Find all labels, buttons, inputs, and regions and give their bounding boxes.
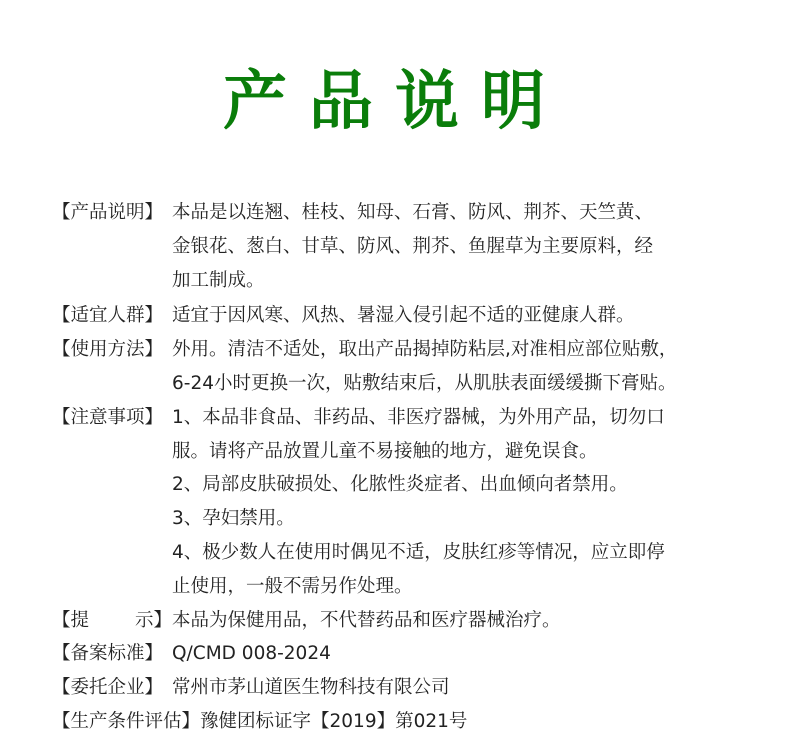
section-value: 本品是以连翘、桂枝、知母、石膏、防风、荆芥、天竺黄、 金银花、葱白、甘草、防风、… (172, 196, 772, 297)
section-label: 【委托企业】 (52, 671, 172, 705)
section-value: 适宜于因风寒、风热、暑湿入侵引起不适的亚健康人群。 (172, 299, 772, 333)
section-suitable-people: 【适宜人群】 适宜于因风寒、风热、暑湿入侵引起不适的亚健康人群。 (52, 299, 772, 333)
section-entrusted-company: 【委托企业】 常州市茅山道医生物科技有限公司 (52, 671, 772, 705)
section-value: 外用。清洁不适处，取出产品揭掉防粘层,对准相应部位贴敷， 6-24小时更换一次，… (172, 333, 772, 401)
text-line: 适宜于因风寒、风热、暑湿入侵引起不适的亚健康人群。 (172, 299, 772, 333)
label-part: 示】 (135, 604, 172, 638)
section-value: 常州市茅山道医生物科技有限公司 (172, 671, 772, 705)
section-value: 1、本品非食品、非药品、非医疗器械，为外用产品，切勿口 服。请将产品放置儿童不易… (172, 401, 772, 604)
section-label: 【生产条件评估】 (52, 705, 200, 739)
section-usage: 【使用方法】 外用。清洁不适处，取出产品揭掉防粘层,对准相应部位贴敷， 6-24… (52, 333, 772, 401)
text-line: 金银花、葱白、甘草、防风、荆芥、鱼腥草为主要原料，经 (172, 230, 772, 264)
section-value: Q/CMD 008-2024 (172, 637, 772, 671)
text-line: 外用。清洁不适处，取出产品揭掉防粘层,对准相应部位贴敷， (172, 333, 772, 367)
text-line: 3、孕妇禁用。 (172, 502, 772, 536)
section-label: 【提 示】 (52, 604, 172, 638)
text-line: 本品是以连翘、桂枝、知母、石膏、防风、荆芥、天竺黄、 (172, 196, 772, 230)
section-standard: 【备案标准】 Q/CMD 008-2024 (52, 637, 772, 671)
text-line: 本品为保健用品，不代替药品和医疗器械治疗。 (172, 604, 772, 638)
section-label: 【适宜人群】 (52, 299, 172, 333)
text-line: 服。请将产品放置儿童不易接触的地方，避免误食。 (172, 435, 772, 469)
text-line: 1、本品非食品、非药品、非医疗器械，为外用产品，切勿口 (172, 401, 772, 435)
section-notice: 【提 示】 本品为保健用品，不代替药品和医疗器械治疗。 (52, 604, 772, 638)
text-line: 加工制成。 (172, 264, 772, 298)
section-precautions: 【注意事项】 1、本品非食品、非药品、非医疗器械，为外用产品，切勿口 服。请将产… (52, 401, 772, 604)
text-line: 4、极少数人在使用时偶见不适，皮肤红疹等情况，应立即停 (172, 536, 772, 570)
section-value: 本品为保健用品，不代替药品和医疗器械治疗。 (172, 604, 772, 638)
product-info: 【产品说明】 本品是以连翘、桂枝、知母、石膏、防风、荆芥、天竺黄、 金银花、葱白… (52, 196, 772, 739)
section-production-assessment: 【生产条件评估】 豫健团标证字【2019】第021号 (52, 705, 772, 739)
section-label: 【产品说明】 (52, 196, 172, 297)
text-line: 6-24小时更换一次，贴敷结束后，从肌肤表面缓缓撕下膏贴。 (172, 367, 772, 401)
section-label: 【注意事项】 (52, 401, 172, 604)
text-line: 止使用，一般不需另作处理。 (172, 570, 772, 604)
page-title: 产品说明 (0, 62, 790, 142)
section-label: 【备案标准】 (52, 637, 172, 671)
label-part: 【提 (52, 604, 89, 638)
section-product-description: 【产品说明】 本品是以连翘、桂枝、知母、石膏、防风、荆芥、天竺黄、 金银花、葱白… (52, 196, 772, 297)
section-value: 豫健团标证字【2019】第021号 (200, 705, 772, 739)
section-label: 【使用方法】 (52, 333, 172, 401)
text-line: 2、局部皮肤破损处、化脓性炎症者、出血倾向者禁用。 (172, 468, 772, 502)
